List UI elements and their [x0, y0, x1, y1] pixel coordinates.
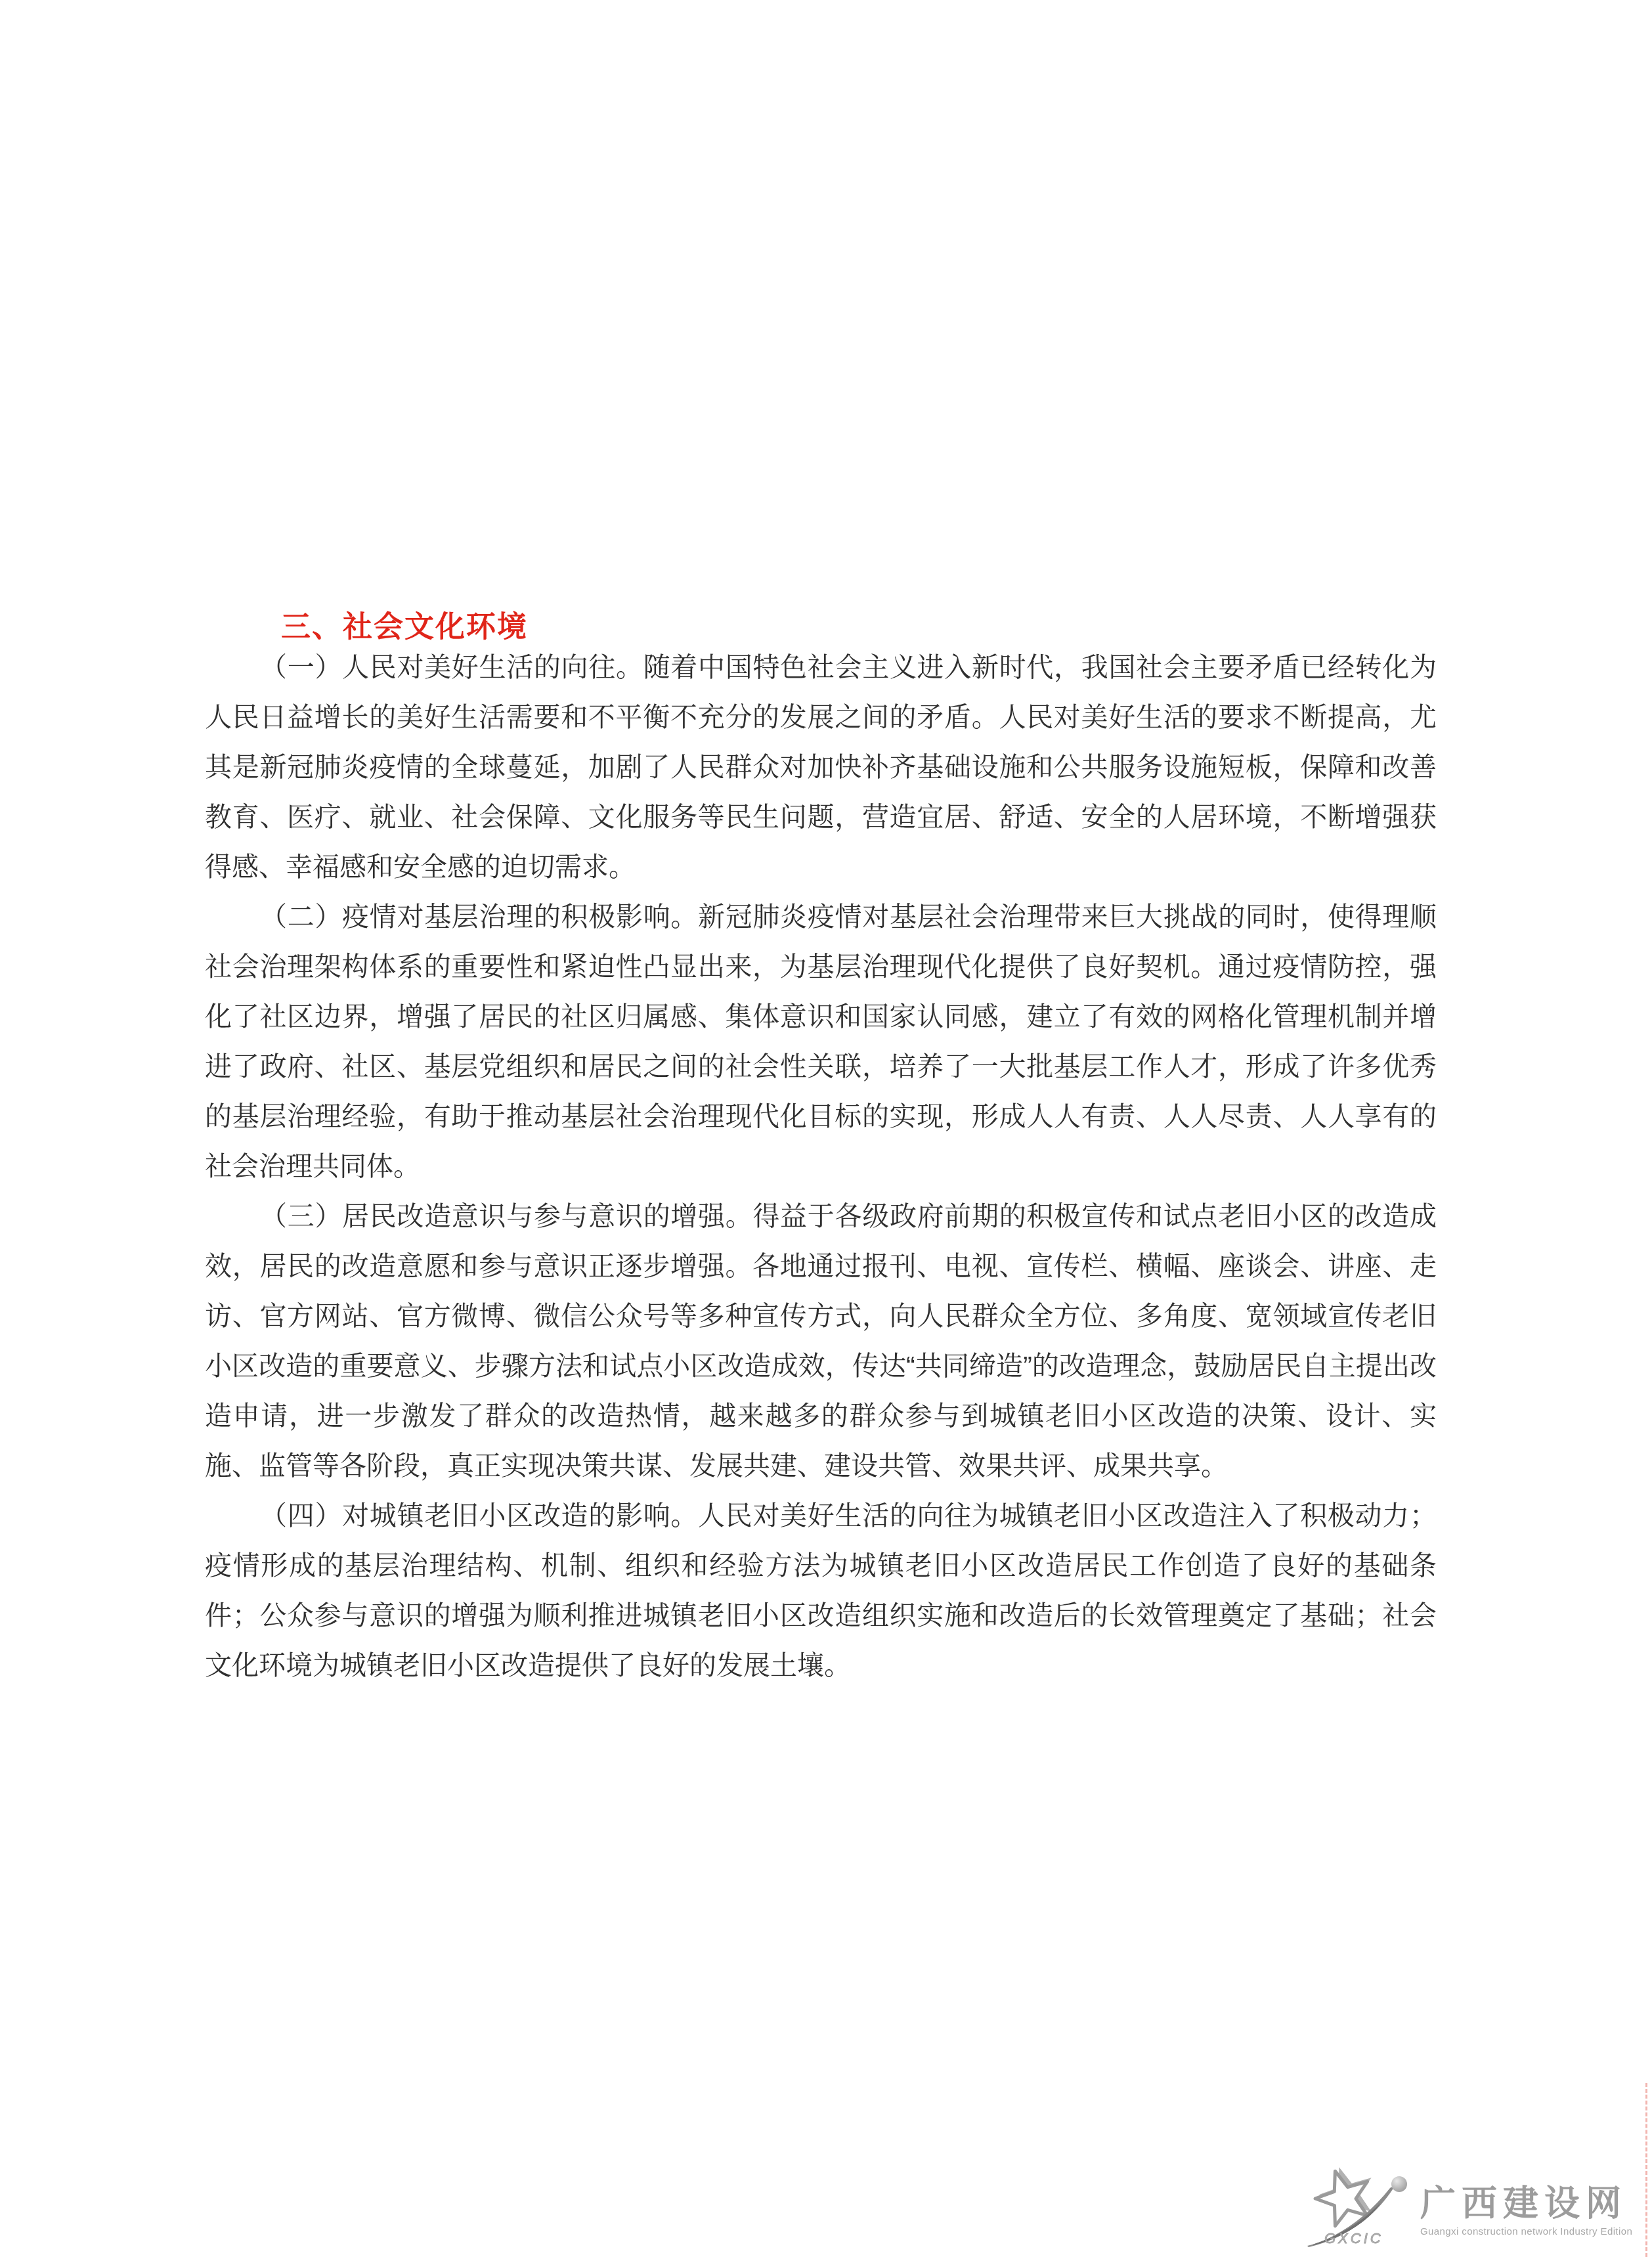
watermark: GXCIC 广西建设网 Guangxi construction network… — [1303, 2166, 1632, 2254]
paragraph-1: （一）人民对美好生活的向往。随着中国特色社会主义进入新时代，我国社会主要矛盾已经… — [205, 642, 1437, 892]
paragraph-3: （三）居民改造意识与参与意识的增强。得益于各级政府前期的积极宣传和试点老旧小区的… — [205, 1191, 1437, 1491]
section-heading: 三、社会文化环境 — [281, 603, 528, 646]
sphere-dot — [1391, 2176, 1407, 2192]
document-page: 三、社会文化环境 （一）人民对美好生活的向往。随着中国特色社会主义进入新时代，我… — [0, 0, 1652, 2257]
watermark-site-subtitle: Guangxi construction network Industry Ed… — [1420, 2226, 1632, 2237]
watermark-text: 广西建设网 Guangxi construction network Indus… — [1420, 2166, 1632, 2237]
logo-acronym: GXCIC — [1324, 2230, 1383, 2246]
paragraph-4: （四）对城镇老旧小区改造的影响。人民对美好生活的向往为城镇老旧小区改造注入了积极… — [205, 1491, 1437, 1690]
paragraph-2: （二）疫情对基层治理的积极影响。新冠肺炎疫情对基层社会治理带来巨大挑战的同时，使… — [205, 892, 1437, 1191]
page-edge-dashed-line — [1645, 2083, 1647, 2257]
body-text: （一）人民对美好生活的向往。随着中国特色社会主义进入新时代，我国社会主要矛盾已经… — [205, 642, 1437, 1690]
gxcic-star-logo-icon: GXCIC — [1303, 2166, 1415, 2251]
watermark-site-name: 广西建设网 — [1420, 2184, 1632, 2224]
